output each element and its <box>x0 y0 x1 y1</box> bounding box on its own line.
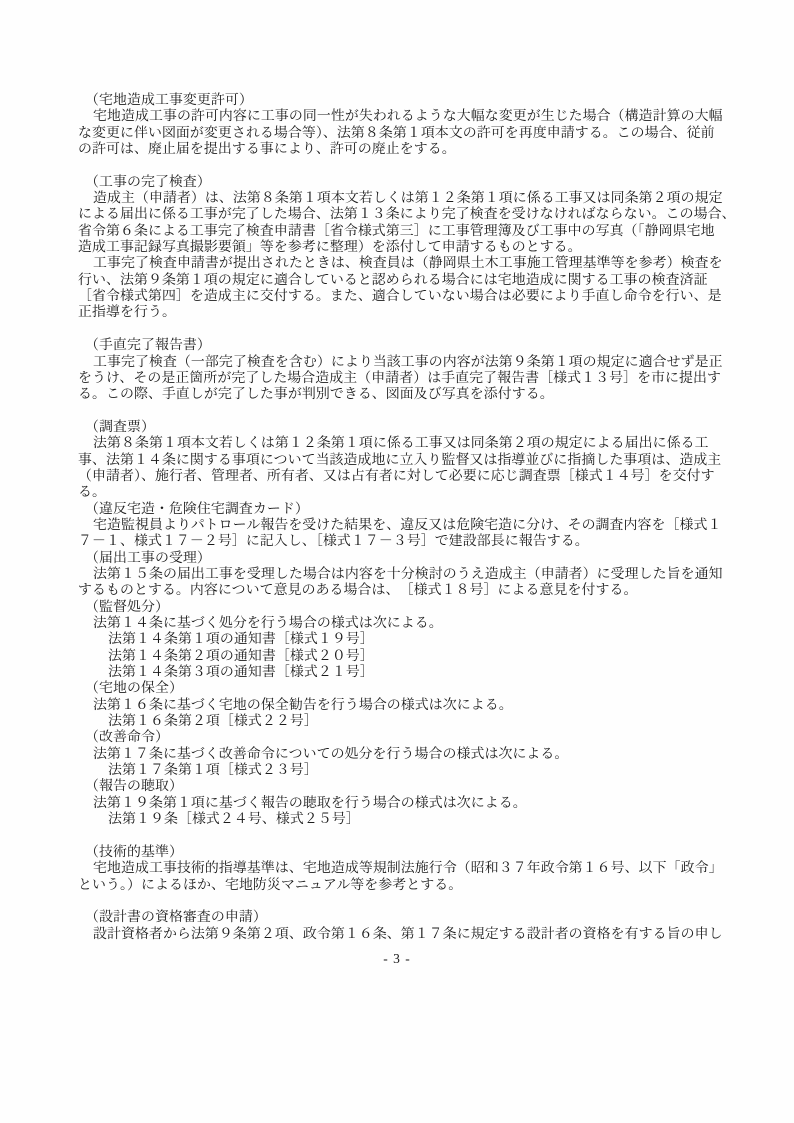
text-line: 法第８条第１項本文若しくは第１２条第１項に係る工事又は同条第２項の規定による届出… <box>78 436 718 452</box>
text-line: 法第１６条に基づく宅地の保全勧告を行う場合の様式は次による。 <box>78 698 718 714</box>
blank-line <box>78 404 718 420</box>
text-line: による届出に係る工事が完了した場合、法第１３条により完了検査を受けなければならな… <box>78 207 718 223</box>
section-heading: （手直完了報告書） <box>78 338 718 354</box>
text-line: 法第１４条第１項の通知書［様式１９号］ <box>78 632 718 648</box>
text-line: 造成工事記録写真撮影要領」等を参考に整理）を添付して申請するものとする。 <box>78 240 718 256</box>
text-line: 造成主（申請者）は、法第８条第１項本文若しくは第１２条第１項に係る工事又は同条第… <box>78 191 718 207</box>
text-line: 法第１９条［様式２４号、様式２５号］ <box>78 812 718 828</box>
blank-line <box>78 828 718 844</box>
text-line: る。この際、手直しが完了した事が判別できる、図面及び写真を添付する。 <box>78 387 718 403</box>
text-line: 省令第６条による工事完了検査申請書［省令様式第三］に工事管理簿及び工事中の写真（… <box>78 224 718 240</box>
text-line: 法第１７条に基づく改善命令についての処分を行う場合の様式は次による。 <box>78 747 718 763</box>
text-line: 法第１９条第１項に基づく報告の聴取を行う場合の様式は次による。 <box>78 796 718 812</box>
section-heading: （技術的基準） <box>78 845 718 861</box>
section-heading: （工事の完了検査） <box>78 175 718 191</box>
text-line: 正指導を行う。 <box>78 305 718 321</box>
text-line: （申請者）、施行者、管理者、所有者、又は占有者に対して必要に応じ調査票［様式１４… <box>78 469 718 485</box>
text-line: 法第１４条第３項の通知書［様式２１号］ <box>78 665 718 681</box>
text-line: な変更に伴い図面が変更される場合等）、法第８条第１項本文の許可を再度申請する。こ… <box>78 126 718 142</box>
text-line: 行い、法第９条第１項の規定に適合していると認められる場合には宅地造成に関する工事… <box>78 273 718 289</box>
section-heading: （設計書の資格審査の申請） <box>78 910 718 926</box>
text-line: 設計資格者から法第９条第２項、政令第１６条、第１７条に規定する設計者の資格を有す… <box>78 927 718 943</box>
blank-line <box>78 894 718 910</box>
page-number: - 3 - <box>0 951 794 967</box>
text-line: 宅地造成工事の許可内容に工事の同一性が失われるような大幅な変更が生じた場合（構造… <box>78 109 718 125</box>
section-heading: （監督処分） <box>78 600 718 616</box>
document-body: （宅地造成工事変更許可） 宅地造成工事の許可内容に工事の同一性が失われるような大… <box>78 93 718 943</box>
section-heading: （調査票） <box>78 420 718 436</box>
text-line: をうけ、その是正箇所が完了した場合造成主（申請者）は手直完了報告書［様式１３号］… <box>78 371 718 387</box>
text-line: という。）によるほか、宅地防災マニュアル等を参考とする。 <box>78 878 718 894</box>
text-line: ７－１、様式１７－２号］に記入し、［様式１７－３号］で建設部長に報告する。 <box>78 534 718 550</box>
section-heading: （宅地造成工事変更許可） <box>78 93 718 109</box>
text-line: 事、法第１４条に関する事項について当該造成地に立入り監督又は指導並びに指摘した事… <box>78 453 718 469</box>
text-line: ［省令様式第四］を造成主に交付する。また、適合していない場合は必要により手直し命… <box>78 289 718 305</box>
text-line: 法第１４条に基づく処分を行う場合の様式は次による。 <box>78 616 718 632</box>
section-heading: （宅地の保全） <box>78 681 718 697</box>
text-line: 工事完了検査（一部完了検査を含む）により当該工事の内容が法第９条第１項の規定に適… <box>78 355 718 371</box>
section-heading: （違反宅造・危険住宅調査カード） <box>78 502 718 518</box>
text-line: 宅造監視員よりパトロール報告を受けた結果を、違反又は危険宅造に分け、その調査内容… <box>78 518 718 534</box>
text-line: 法第１７条第１項［様式２３号］ <box>78 763 718 779</box>
section-heading: （届出工事の受理） <box>78 551 718 567</box>
text-line: 工事完了検査申請書が提出されたときは、検査員は（静岡県土木工事施工管理基準等を参… <box>78 256 718 272</box>
document-page: （宅地造成工事変更許可） 宅地造成工事の許可内容に工事の同一性が失われるような大… <box>0 0 794 1123</box>
text-line: る。 <box>78 485 718 501</box>
blank-line <box>78 322 718 338</box>
text-line: 法第１６条第２項［様式２２号］ <box>78 714 718 730</box>
text-line: するものとする。内容について意見のある場合は、 ［様式１８号］による意見を付する… <box>78 583 718 599</box>
section-heading: （報告の聴取） <box>78 779 718 795</box>
blank-line <box>78 158 718 174</box>
section-heading: （改善命令） <box>78 730 718 746</box>
text-line: 法第１５条の届出工事を受理した場合は内容を十分検討のうえ造成主（申請者）に受理し… <box>78 567 718 583</box>
text-line: 宅地造成工事技術的指導基準は、宅地造成等規制法施行令（昭和３７年政令第１６号、以… <box>78 861 718 877</box>
text-line: 法第１４条第２項の通知書［様式２０号］ <box>78 649 718 665</box>
text-line: の許可は、廃止届を提出する事により、許可の廃止をする。 <box>78 142 718 158</box>
